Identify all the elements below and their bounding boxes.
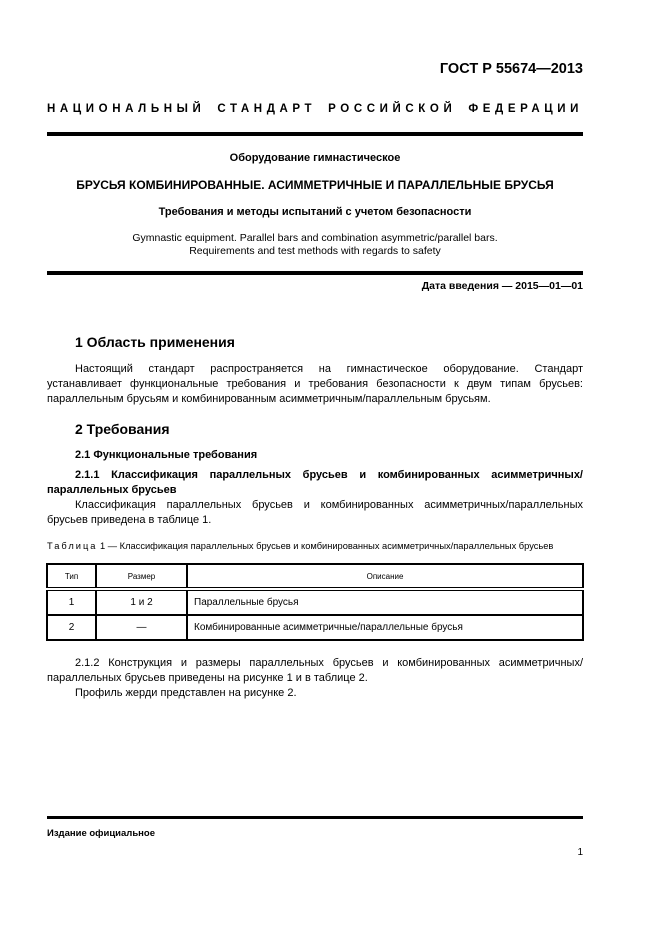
table-header-description: Описание bbox=[187, 564, 583, 589]
table-header-size: Размер bbox=[96, 564, 187, 589]
table-1-caption-text: 1 — Классификация параллельных брусьев и… bbox=[97, 541, 553, 551]
title-rule bbox=[47, 271, 583, 275]
profile-text: Профиль жерди представлен на рисунке 2. bbox=[47, 686, 583, 701]
footer-rule bbox=[47, 816, 583, 819]
section-2-1-1-text: Классификация параллельных брусьев и ком… bbox=[47, 498, 583, 528]
table-cell-size: — bbox=[96, 615, 187, 640]
standard-id: ГОСТ Р 55674—2013 bbox=[440, 61, 583, 77]
table-header-row: Тип Размер Описание bbox=[47, 564, 583, 589]
section-1-heading: 1 Область применения bbox=[75, 334, 235, 350]
table-header-type: Тип bbox=[47, 564, 96, 589]
section-2-1-1-heading: 2.1.1 Классификация параллельных брусьев… bbox=[47, 468, 583, 498]
table-cell-type: 1 bbox=[47, 589, 96, 615]
section-2-1-2-text-content: 2.1.2 Конструкция и размеры параллельных… bbox=[47, 657, 583, 684]
title-main: БРУСЬЯ КОМБИНИРОВАННЫЕ. АСИММЕТРИЧНЫЕ И … bbox=[47, 178, 583, 192]
table-row: 1 1 и 2 Параллельные брусья bbox=[47, 589, 583, 615]
section-2-1-1-heading-text: 2.1.1 Классификация параллельных брусьев… bbox=[47, 469, 583, 496]
section-1-text: Настоящий стандарт распространяется на г… bbox=[47, 362, 583, 407]
introduction-date: Дата введения — 2015—01—01 bbox=[422, 280, 583, 292]
table-cell-description: Параллельные брусья bbox=[187, 589, 583, 615]
title-subtitle: Требования и методы испытаний с учетом б… bbox=[47, 206, 583, 218]
table-1-caption: Таблица 1 — Классификация параллельных б… bbox=[47, 541, 553, 551]
table-1: Тип Размер Описание 1 1 и 2 Параллельные… bbox=[46, 563, 584, 641]
profile-text-content: Профиль жерди представлен на рисунке 2. bbox=[75, 687, 297, 699]
edition-label: Издание официальное bbox=[47, 828, 155, 839]
table-cell-description: Комбинированные асимметричные/параллельн… bbox=[187, 615, 583, 640]
section-1-text-content: Настоящий стандарт распространяется на г… bbox=[47, 363, 583, 405]
section-2-1-1-text-content: Классификация параллельных брусьев и ком… bbox=[47, 499, 583, 526]
table-cell-type: 2 bbox=[47, 615, 96, 640]
section-2-heading: 2 Требования bbox=[75, 421, 170, 437]
title-english: Gymnastic equipment. Parallel bars and c… bbox=[47, 232, 583, 257]
table-cell-size: 1 и 2 bbox=[96, 589, 187, 615]
title-category: Оборудование гимнастическое bbox=[47, 152, 583, 164]
top-rule bbox=[47, 132, 583, 136]
table-row: 2 — Комбинированные асимметричные/паралл… bbox=[47, 615, 583, 640]
page-number: 1 bbox=[577, 847, 583, 858]
title-english-line2: Requirements and test methods with regar… bbox=[47, 245, 583, 258]
national-standard-banner: НАЦИОНАЛЬНЫЙ СТАНДАРТ РОССИЙСКОЙ ФЕДЕРАЦ… bbox=[47, 103, 583, 115]
title-english-line1: Gymnastic equipment. Parallel bars and c… bbox=[47, 232, 583, 245]
section-2-1-heading: 2.1 Функциональные требования bbox=[75, 449, 257, 461]
section-2-1-2-text: 2.1.2 Конструкция и размеры параллельных… bbox=[47, 656, 583, 686]
table-1-caption-label: Таблица bbox=[47, 541, 97, 551]
